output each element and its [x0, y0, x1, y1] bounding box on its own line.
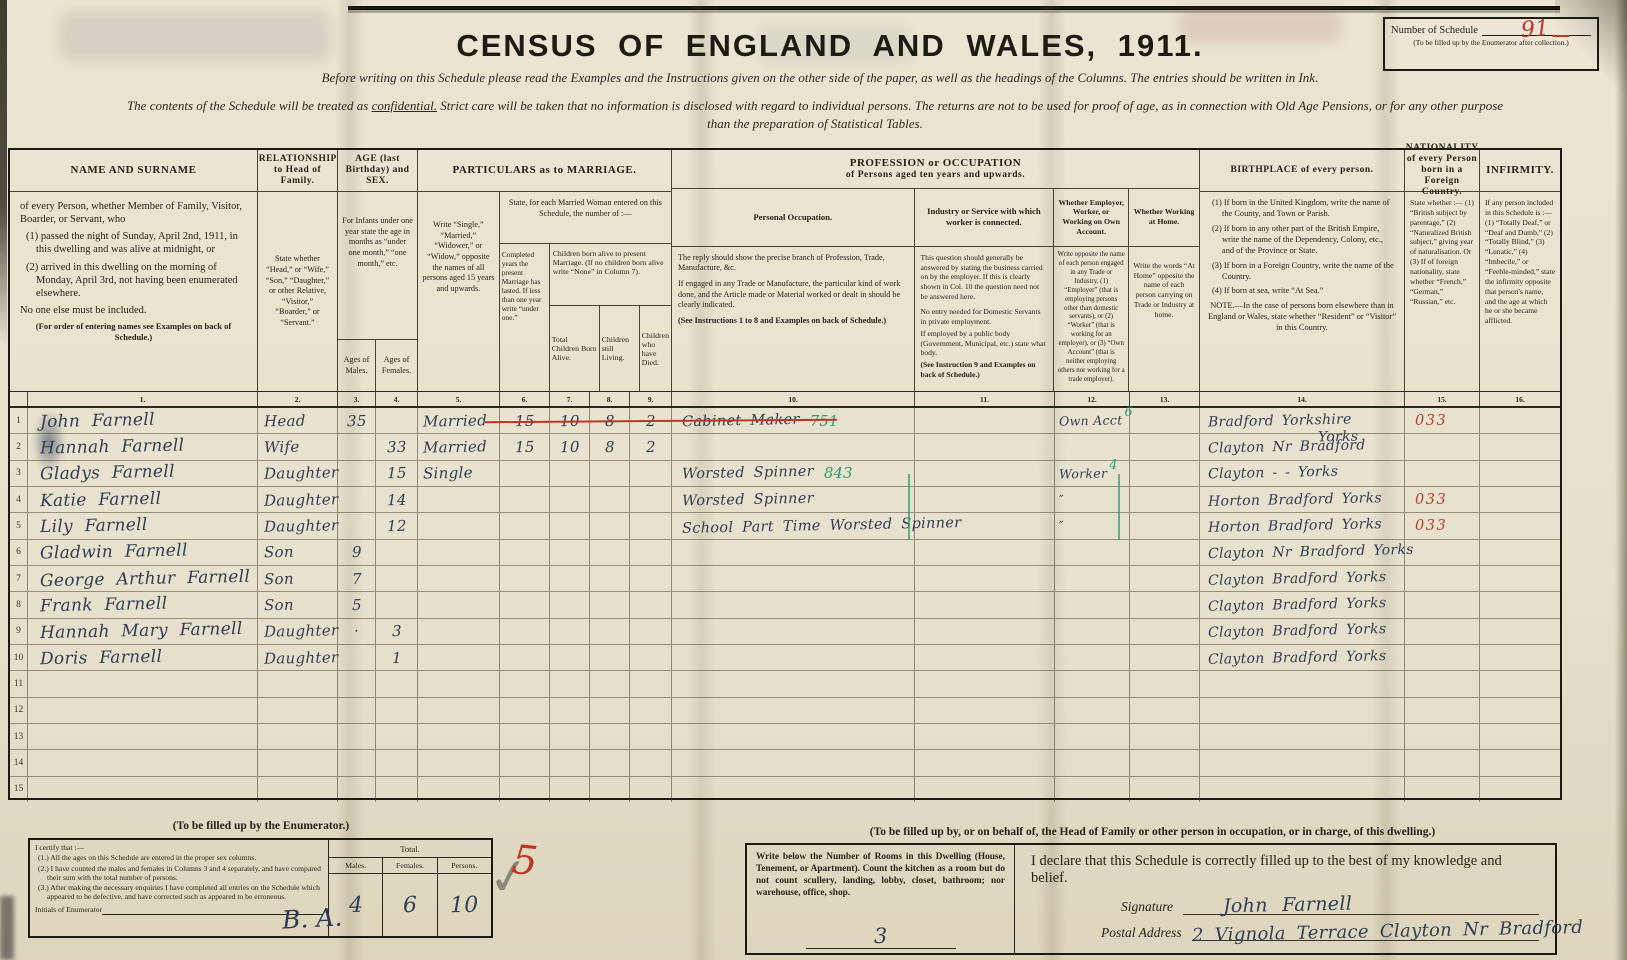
cell-nationality	[1405, 698, 1480, 723]
row-number: 6	[10, 540, 28, 565]
cell-at-home	[1130, 513, 1200, 538]
cell-years-married	[500, 566, 550, 591]
cell-nationality	[1405, 777, 1480, 802]
table-row: 14	[10, 750, 1560, 776]
cell-birthplace: Clayton - - Yorks	[1200, 461, 1405, 486]
cell-occupation	[672, 671, 915, 696]
cell-marriage	[418, 566, 500, 591]
enumerator-initials-handwritten: B. A.	[281, 902, 343, 936]
cell-industry	[915, 408, 1055, 433]
page-title: CENSUS OF ENGLAND AND WALES, 1911.	[370, 28, 1290, 64]
cell-occupation: School Part Time Worsted Spinner	[672, 513, 915, 538]
cell-marriage	[418, 619, 500, 644]
ages-of-females-label: Ages of Females.	[376, 340, 417, 391]
cell-nationality: 033	[1405, 408, 1480, 433]
cell-industry	[915, 750, 1055, 775]
cell-age-female	[376, 698, 418, 723]
cell-children-died	[630, 724, 672, 749]
cell-industry	[915, 434, 1055, 459]
cell-children-living	[590, 566, 630, 591]
cell-children-born	[550, 540, 590, 565]
cell-age-male	[338, 698, 376, 723]
profession-group-title: PROFESSION or OCCUPATIONof Persons aged …	[672, 150, 1199, 189]
cell-employment	[1055, 645, 1130, 670]
cell-age-female	[376, 408, 418, 433]
cell-employment: Own Acct6	[1055, 408, 1130, 433]
cell-age-female: 14	[376, 487, 418, 512]
cell-age-female	[376, 724, 418, 749]
cell-industry	[915, 671, 1055, 696]
cell-infirmity	[1480, 408, 1560, 433]
instruction-line: Before writing on this Schedule please r…	[120, 70, 1520, 86]
cell-age-male: 35	[338, 408, 376, 433]
cell-name: Frank Farnell	[28, 592, 258, 617]
cell-age-male	[338, 487, 376, 512]
marriage-group-title: PARTICULARS as to MARRIAGE.	[418, 150, 671, 192]
cell-birthplace: Clayton Nr Bradford Yorks	[1200, 540, 1405, 565]
cell-employment	[1055, 777, 1130, 802]
cell-relationship: Daughter	[258, 645, 338, 670]
green-annotation-line	[1118, 474, 1120, 540]
cell-years-married	[500, 487, 550, 512]
cell-children-died	[630, 513, 672, 538]
cell-occupation: Worsted Spinner843	[672, 461, 915, 486]
cell-occupation	[672, 540, 915, 565]
cell-children-living	[590, 513, 630, 538]
cell-nationality	[1405, 619, 1480, 644]
cell-infirmity	[1480, 777, 1560, 802]
table-row: 5 Lily Farnell Daughter 12 School Part T…	[10, 513, 1560, 539]
cell-nationality	[1405, 566, 1480, 591]
rooms-value-handwritten: 3	[873, 924, 887, 948]
cell-occupation	[672, 724, 915, 749]
cell-children-living	[590, 698, 630, 723]
cell-relationship: Daughter	[258, 461, 338, 486]
row-number: 7	[10, 566, 28, 591]
cell-name	[28, 777, 258, 802]
table-row: 7 George Arthur Farnell Son 7 Clayton Br…	[10, 566, 1560, 592]
enumerator-box: I certify that :— (1.) All the ages on t…	[28, 838, 493, 938]
cell-children-born	[550, 671, 590, 696]
cell-name: Doris Farnell	[28, 645, 258, 670]
nationality-column-title: NATIONALITY of every Person born in a Fo…	[1405, 150, 1479, 192]
cell-occupation	[672, 777, 915, 802]
signature-rule: John Farnell	[1183, 901, 1539, 915]
cell-children-living	[590, 619, 630, 644]
cell-children-died	[630, 461, 672, 486]
schedule-number-label: Number of Schedule	[1391, 25, 1478, 36]
cell-age-male	[338, 671, 376, 696]
cell-nationality	[1405, 671, 1480, 696]
rows: 1 John Farnell Head 35 Married 15 10 8 2…	[10, 408, 1560, 802]
infirmity-column-title: INFIRMITY.	[1480, 150, 1560, 192]
table-row: 2 Hannah Farnell Wife 33 Married 15 10 8…	[10, 434, 1560, 460]
row-number: 1	[10, 408, 28, 433]
cell-relationship	[258, 698, 338, 723]
cell-children-died	[630, 619, 672, 644]
postal-address-label: Postal Address	[1101, 925, 1182, 941]
enumerator-section-heading: (To be filled up by the Enumerator.)	[30, 820, 492, 832]
cell-occupation	[672, 645, 915, 670]
ages-of-males-label: Ages of Males.	[338, 340, 376, 391]
ink-bleedthrough-smudge	[60, 12, 330, 60]
cell-age-female: 15	[376, 461, 418, 486]
header-birthplace-column: BIRTHPLACE of every person. (1) If born …	[1200, 150, 1405, 391]
cell-birthplace: Clayton Nr BradfordYorks	[1200, 434, 1405, 459]
table-row: 13	[10, 724, 1560, 750]
declaration-cell: I declare that this Schedule is correctl…	[1015, 845, 1555, 953]
header-employer-worker: Whether Employer, Worker, or Working on …	[1054, 189, 1129, 391]
cell-relationship: Head	[258, 408, 338, 433]
cell-children-died	[630, 777, 672, 802]
cell-occupation: Worsted Spinner	[672, 487, 915, 512]
cell-relationship: Daughter	[258, 513, 338, 538]
cell-children-died	[630, 540, 672, 565]
cell-children-born	[550, 698, 590, 723]
females-total: 6	[383, 874, 437, 936]
cell-nationality	[1405, 461, 1480, 486]
cell-nationality	[1405, 724, 1480, 749]
cell-employment	[1055, 724, 1130, 749]
cell-industry	[915, 724, 1055, 749]
address-rule: 2 Vignola Terrace Clayton Nr Bradford	[1192, 927, 1539, 941]
row-number: 9	[10, 619, 28, 644]
cell-years-married	[500, 513, 550, 538]
row-number: 5	[10, 513, 28, 538]
table-row: 10 Doris Farnell Daughter 1 Clayton Brad…	[10, 645, 1560, 671]
cell-marriage	[418, 750, 500, 775]
row-number: 2	[10, 434, 28, 459]
cell-relationship: Daughter	[258, 619, 338, 644]
cell-nationality	[1405, 645, 1480, 670]
cell-employment	[1055, 750, 1130, 775]
row-number: 11	[10, 671, 28, 696]
cell-employment	[1055, 671, 1130, 696]
cell-children-died: 2	[630, 434, 672, 459]
cell-industry	[915, 461, 1055, 486]
cell-infirmity	[1480, 671, 1560, 696]
header-nationality-column: NATIONALITY of every Person born in a Fo…	[1405, 150, 1480, 391]
row-number: 13	[10, 724, 28, 749]
cell-age-female	[376, 750, 418, 775]
cell-occupation	[672, 592, 915, 617]
rooms-cell: Write below the Number of Rooms in this …	[747, 845, 1015, 953]
cell-years-married	[500, 671, 550, 696]
cell-at-home	[1130, 434, 1200, 459]
cell-infirmity	[1480, 619, 1560, 644]
householder-section-heading: (To be filled up by, or on behalf of, th…	[745, 826, 1560, 838]
cell-relationship: Son	[258, 566, 338, 591]
relationship-column-title: RELATIONSHIP to Head of Family.	[258, 150, 337, 192]
header-age-column: AGE (last Birthday) and SEX. For Infants…	[338, 150, 418, 391]
cell-age-female	[376, 592, 418, 617]
cell-infirmity	[1480, 698, 1560, 723]
birthplace-column-title: BIRTHPLACE of every person.	[1200, 150, 1404, 192]
cell-nationality	[1405, 540, 1480, 565]
cell-age-male	[338, 750, 376, 775]
cell-marriage: Single	[418, 461, 500, 486]
cell-nationality	[1405, 750, 1480, 775]
cell-occupation	[672, 434, 915, 459]
cell-employment	[1055, 434, 1130, 459]
cell-years-married	[500, 619, 550, 644]
cell-children-born	[550, 513, 590, 538]
cell-occupation	[672, 566, 915, 591]
cell-employment	[1055, 698, 1130, 723]
cell-years-married	[500, 592, 550, 617]
totals-section: Total. Males. Females. Persons. 4 6 10	[328, 840, 491, 936]
cell-nationality	[1405, 434, 1480, 459]
cell-children-living: 8	[590, 434, 630, 459]
cell-relationship	[258, 750, 338, 775]
cell-children-living	[590, 645, 630, 670]
top-border-line	[348, 6, 1560, 10]
cell-age-male	[338, 724, 376, 749]
cell-birthplace: Bradford Yorkshire	[1200, 408, 1405, 433]
cell-infirmity	[1480, 434, 1560, 459]
cell-relationship: Son	[258, 540, 338, 565]
cell-children-born	[550, 461, 590, 486]
bottom-left-paper-edge	[0, 896, 14, 960]
cell-years-married	[500, 698, 550, 723]
cell-at-home	[1130, 619, 1200, 644]
table-row: 12	[10, 698, 1560, 724]
row-number: 3	[10, 461, 28, 486]
cell-children-living	[590, 750, 630, 775]
cell-children-died	[630, 566, 672, 591]
signature-handwritten: John Farnell	[1223, 893, 1353, 918]
cell-birthplace: Horton Bradford Yorks	[1200, 487, 1405, 512]
cell-at-home	[1130, 724, 1200, 749]
cell-age-female	[376, 671, 418, 696]
cell-children-born	[550, 724, 590, 749]
cell-children-born	[550, 619, 590, 644]
table-row: 8 Frank Farnell Son 5 Clayton Bradford Y…	[10, 592, 1560, 618]
cell-name	[28, 724, 258, 749]
census-table: NAME AND SURNAME of every Person, whethe…	[8, 148, 1562, 800]
persons-total: 10	[438, 874, 491, 936]
cell-industry	[915, 540, 1055, 565]
cell-relationship: Son	[258, 592, 338, 617]
red-check-number: 5	[510, 837, 540, 885]
cell-age-male	[338, 434, 376, 459]
cell-name	[28, 750, 258, 775]
cell-marriage	[418, 513, 500, 538]
cell-name: Hannah Mary Farnell	[28, 619, 258, 644]
cell-name	[28, 698, 258, 723]
header-profession-group: PROFESSION or OCCUPATIONof Persons aged …	[672, 150, 1200, 391]
right-paper-edge	[1615, 0, 1627, 960]
cell-age-female: 33	[376, 434, 418, 459]
header-infirmity-column: INFIRMITY. If any person included in thi…	[1480, 150, 1560, 391]
row-number: 4	[10, 487, 28, 512]
cell-birthplace	[1200, 724, 1405, 749]
table-row: 3 Gladys Farnell Daughter 15 Single Wors…	[10, 461, 1560, 487]
householder-box: Write below the Number of Rooms in this …	[745, 843, 1557, 955]
cell-children-living	[590, 724, 630, 749]
cell-industry	[915, 487, 1055, 512]
table-row: 15	[10, 777, 1560, 802]
signature-label: Signature	[1121, 899, 1173, 915]
totals-label: Total.	[329, 840, 491, 858]
cell-years-married	[500, 645, 550, 670]
cell-name: Katie Farnell	[28, 487, 258, 512]
cell-age-male	[338, 645, 376, 670]
left-paper-edge	[0, 0, 7, 345]
cell-birthplace: Horton Bradford Yorks	[1200, 513, 1405, 538]
cell-infirmity	[1480, 461, 1560, 486]
schedule-number-box: Number of Schedule (To be filled up by t…	[1383, 17, 1599, 71]
cell-age-male: 9	[338, 540, 376, 565]
cell-birthplace: Clayton Bradford Yorks	[1200, 566, 1405, 591]
header-name-column: NAME AND SURNAME of every Person, whethe…	[10, 150, 258, 391]
cell-children-living	[590, 487, 630, 512]
cell-children-living	[590, 592, 630, 617]
cell-relationship	[258, 777, 338, 802]
cell-at-home	[1130, 750, 1200, 775]
cell-children-died	[630, 698, 672, 723]
table-header: NAME AND SURNAME of every Person, whethe…	[10, 150, 1560, 392]
cell-children-living	[590, 461, 630, 486]
cell-children-died	[630, 592, 672, 617]
cell-children-died	[630, 487, 672, 512]
header-industry: Industry or Service with which worker is…	[915, 189, 1055, 391]
cell-infirmity	[1480, 592, 1560, 617]
cell-infirmity	[1480, 645, 1560, 670]
cell-age-female	[376, 777, 418, 802]
cell-age-male: 5	[338, 592, 376, 617]
cell-children-born	[550, 750, 590, 775]
cell-name: Gladys Farnell	[28, 461, 258, 486]
cell-marriage	[418, 777, 500, 802]
cell-employment	[1055, 566, 1130, 591]
cell-children-born	[550, 592, 590, 617]
cell-birthplace: Clayton Bradford Yorks	[1200, 645, 1405, 670]
cell-name: George Arthur Farnell	[28, 566, 258, 591]
cell-nationality	[1405, 592, 1480, 617]
row-number: 8	[10, 592, 28, 617]
table-row: 6 Gladwin Farnell Son 9 Clayton Nr Bradf…	[10, 540, 1560, 566]
cell-occupation	[672, 619, 915, 644]
cell-marriage	[418, 487, 500, 512]
cell-marriage	[418, 698, 500, 723]
name-column-title: NAME AND SURNAME	[10, 150, 257, 192]
cell-industry	[915, 698, 1055, 723]
cell-marriage: Married	[418, 434, 500, 459]
cell-birthplace	[1200, 698, 1405, 723]
cell-at-home	[1130, 671, 1200, 696]
cell-years-married	[500, 777, 550, 802]
cell-at-home	[1130, 777, 1200, 802]
cell-name: John Farnell	[28, 408, 258, 433]
cell-marriage	[418, 540, 500, 565]
cell-relationship: Daughter	[258, 487, 338, 512]
cell-birthplace: Clayton Bradford Yorks	[1200, 592, 1405, 617]
cell-birthplace	[1200, 777, 1405, 802]
cell-age-female	[376, 540, 418, 565]
schedule-number-red-dash	[1553, 35, 1569, 37]
cell-children-born: 10	[550, 434, 590, 459]
cell-industry	[915, 566, 1055, 591]
header-working-at-home: Whether Working at Home. Write the words…	[1129, 189, 1199, 391]
cell-marriage	[418, 645, 500, 670]
cell-industry	[915, 592, 1055, 617]
cell-at-home	[1130, 645, 1200, 670]
column-numbers-row: 1. 2. 3. 4. 5. 6. 7. 8. 9. 10. 11. 12. 1…	[10, 392, 1560, 408]
cell-years-married	[500, 540, 550, 565]
cell-age-male: ·	[338, 619, 376, 644]
cell-name	[28, 671, 258, 696]
cell-employment	[1055, 592, 1130, 617]
enumerator-initials-label: Initials of Enumerator	[35, 905, 102, 914]
cell-industry	[915, 645, 1055, 670]
cell-infirmity	[1480, 540, 1560, 565]
cell-birthplace	[1200, 671, 1405, 696]
cell-at-home	[1130, 592, 1200, 617]
schedule-number-value: 91	[1520, 16, 1550, 43]
cell-age-male: 7	[338, 566, 376, 591]
row-number: 10	[10, 645, 28, 670]
cell-infirmity	[1480, 724, 1560, 749]
cell-industry	[915, 619, 1055, 644]
cell-nationality: 033	[1405, 487, 1480, 512]
header-personal-occupation: Personal Occupation. The reply should sh…	[672, 189, 915, 391]
cell-infirmity	[1480, 513, 1560, 538]
cell-at-home	[1130, 461, 1200, 486]
cell-infirmity	[1480, 750, 1560, 775]
cell-age-male	[338, 777, 376, 802]
cell-name: Gladwin Farnell	[28, 540, 258, 565]
cell-years-married	[500, 750, 550, 775]
cell-children-living	[590, 540, 630, 565]
cell-years-married	[500, 461, 550, 486]
cell-relationship	[258, 724, 338, 749]
cell-name: Lily Farnell	[28, 513, 258, 538]
cell-marriage	[418, 724, 500, 749]
cell-birthplace: Clayton Bradford Yorks	[1200, 619, 1405, 644]
cell-children-born	[550, 645, 590, 670]
cell-children-born	[550, 777, 590, 802]
cell-age-female	[376, 566, 418, 591]
cell-children-died	[630, 671, 672, 696]
census-schedule-page: { "header": { "title": "CENSUS OF ENGLAN…	[0, 0, 1627, 960]
cell-age-female: 1	[376, 645, 418, 670]
cell-age-male	[338, 513, 376, 538]
cell-at-home	[1130, 487, 1200, 512]
cell-age-female: 12	[376, 513, 418, 538]
cell-years-married: 15	[500, 434, 550, 459]
confidential-note: The contents of the Schedule will be tre…	[10, 98, 1620, 132]
cell-age-female: 3	[376, 619, 418, 644]
cell-nationality: 033	[1405, 513, 1480, 538]
cell-at-home	[1130, 408, 1200, 433]
cell-at-home	[1130, 566, 1200, 591]
cell-relationship: Wife	[258, 434, 338, 459]
cell-children-living	[590, 671, 630, 696]
cell-children-living	[590, 777, 630, 802]
cell-industry	[915, 777, 1055, 802]
cell-years-married	[500, 724, 550, 749]
cell-at-home	[1130, 698, 1200, 723]
cell-infirmity	[1480, 487, 1560, 512]
females-label: Females.	[383, 858, 437, 873]
header-marriage-group: PARTICULARS as to MARRIAGE. Write “Singl…	[418, 150, 672, 391]
schedule-number-note: (To be filled up by the Enumerator after…	[1391, 38, 1591, 47]
persons-label: Persons.	[438, 858, 491, 873]
cell-relationship	[258, 671, 338, 696]
males-label: Males.	[329, 858, 383, 873]
cell-employment	[1055, 540, 1130, 565]
